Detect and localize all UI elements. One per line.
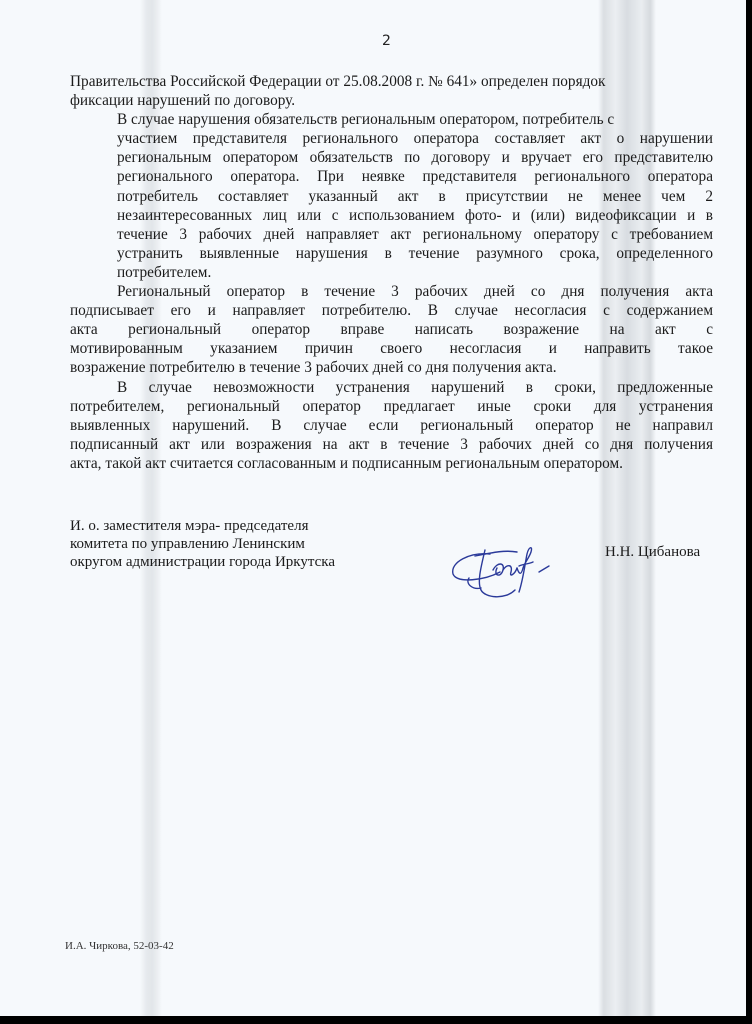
paragraph-4: В случае невозможности устранения наруше… — [70, 378, 713, 473]
handwritten-signature — [445, 522, 565, 607]
paragraph-3: Региональный оператор в течение 3 рабочи… — [70, 282, 713, 377]
document-body: Правительства Российской Федерации от 25… — [70, 72, 713, 473]
document-page: 2 Правительства Российской Федерации от … — [0, 0, 746, 1016]
paragraph-1: Правительства Российской Федерации от 25… — [70, 72, 713, 110]
page-number: 2 — [382, 33, 391, 49]
executor-contact: И.А. Чиркова, 52-03-42 — [65, 940, 174, 952]
signatory-name: Н.Н. Цибанова — [605, 544, 700, 561]
signatory-position: И. о. заместителя мэра- председателя ком… — [70, 517, 335, 571]
paragraph-2: В случае нарушения обязательств регионал… — [70, 110, 713, 282]
